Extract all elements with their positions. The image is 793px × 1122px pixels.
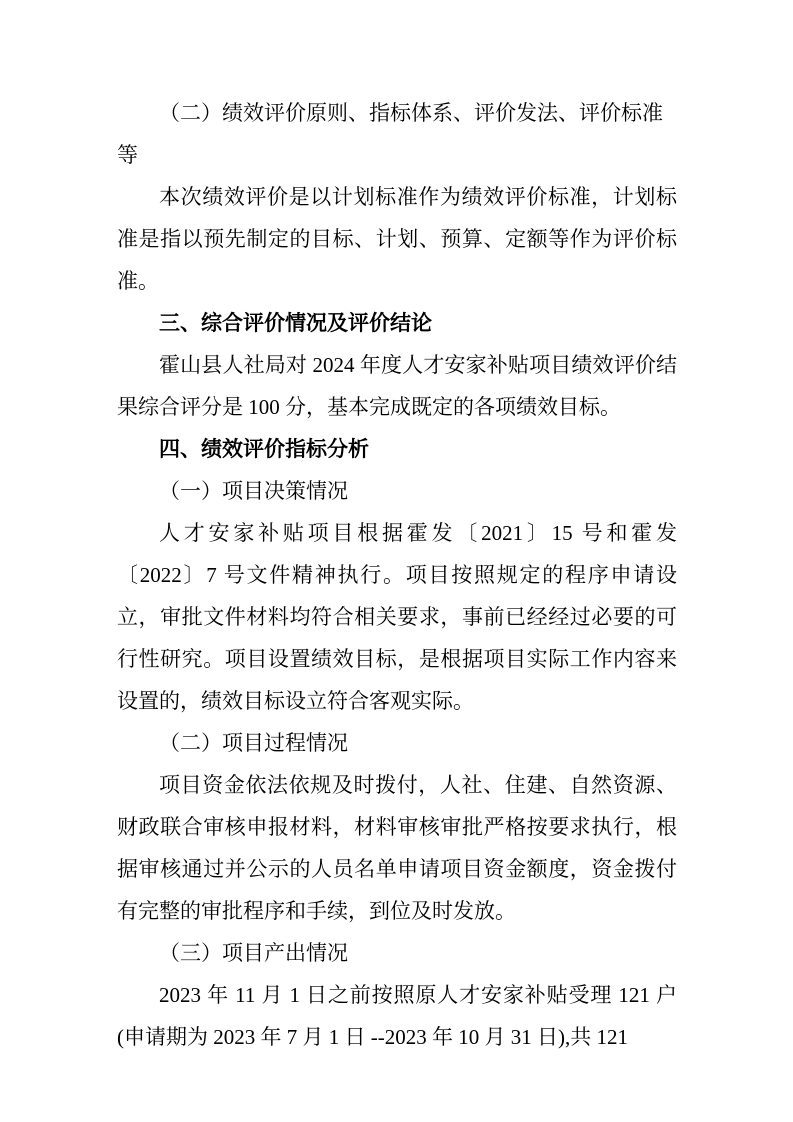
page-text-content: （二）绩效评价原则、指标体系、评价发法、评价标准等 本次绩效评价是以计划标准作为…: [117, 92, 677, 1058]
document-page: （二）绩效评价原则、指标体系、评价发法、评价标准等 本次绩效评价是以计划标准作为…: [0, 0, 793, 1122]
heading-section-4-indicator-analysis: 四、绩效评价指标分析: [117, 428, 677, 470]
heading-section-3-overall-evaluation: 三、综合评价情况及评价结论: [117, 302, 677, 344]
subheading-project-output: （三）项目产出情况: [117, 932, 677, 974]
subheading-evaluation-principles: （二）绩效评价原则、指标体系、评价发法、评价标准等: [117, 92, 677, 176]
para-project-decision-detail: 人才安家补贴项目根据霍发〔2021〕15 号和霍发〔2022〕7 号文件精神执行…: [117, 512, 677, 722]
subheading-project-process: （二）项目过程情况: [117, 722, 677, 764]
para-overall-score: 霍山县人社局对 2024 年度人才安家补贴项目绩效评价结果综合评分是 100 分…: [117, 344, 677, 428]
subheading-project-decision: （一）项目决策情况: [117, 470, 677, 512]
para-evaluation-standard: 本次绩效评价是以计划标准作为绩效评价标准，计划标准是指以预先制定的目标、计划、预…: [117, 176, 677, 302]
para-project-output-detail: 2023 年 11 月 1 日之前按照原人才安家补贴受理 121 户(申请期为 …: [117, 974, 677, 1058]
para-project-process-detail: 项目资金依法依规及时拨付，人社、住建、自然资源、财政联合审核申报材料，材料审核审…: [117, 764, 677, 932]
